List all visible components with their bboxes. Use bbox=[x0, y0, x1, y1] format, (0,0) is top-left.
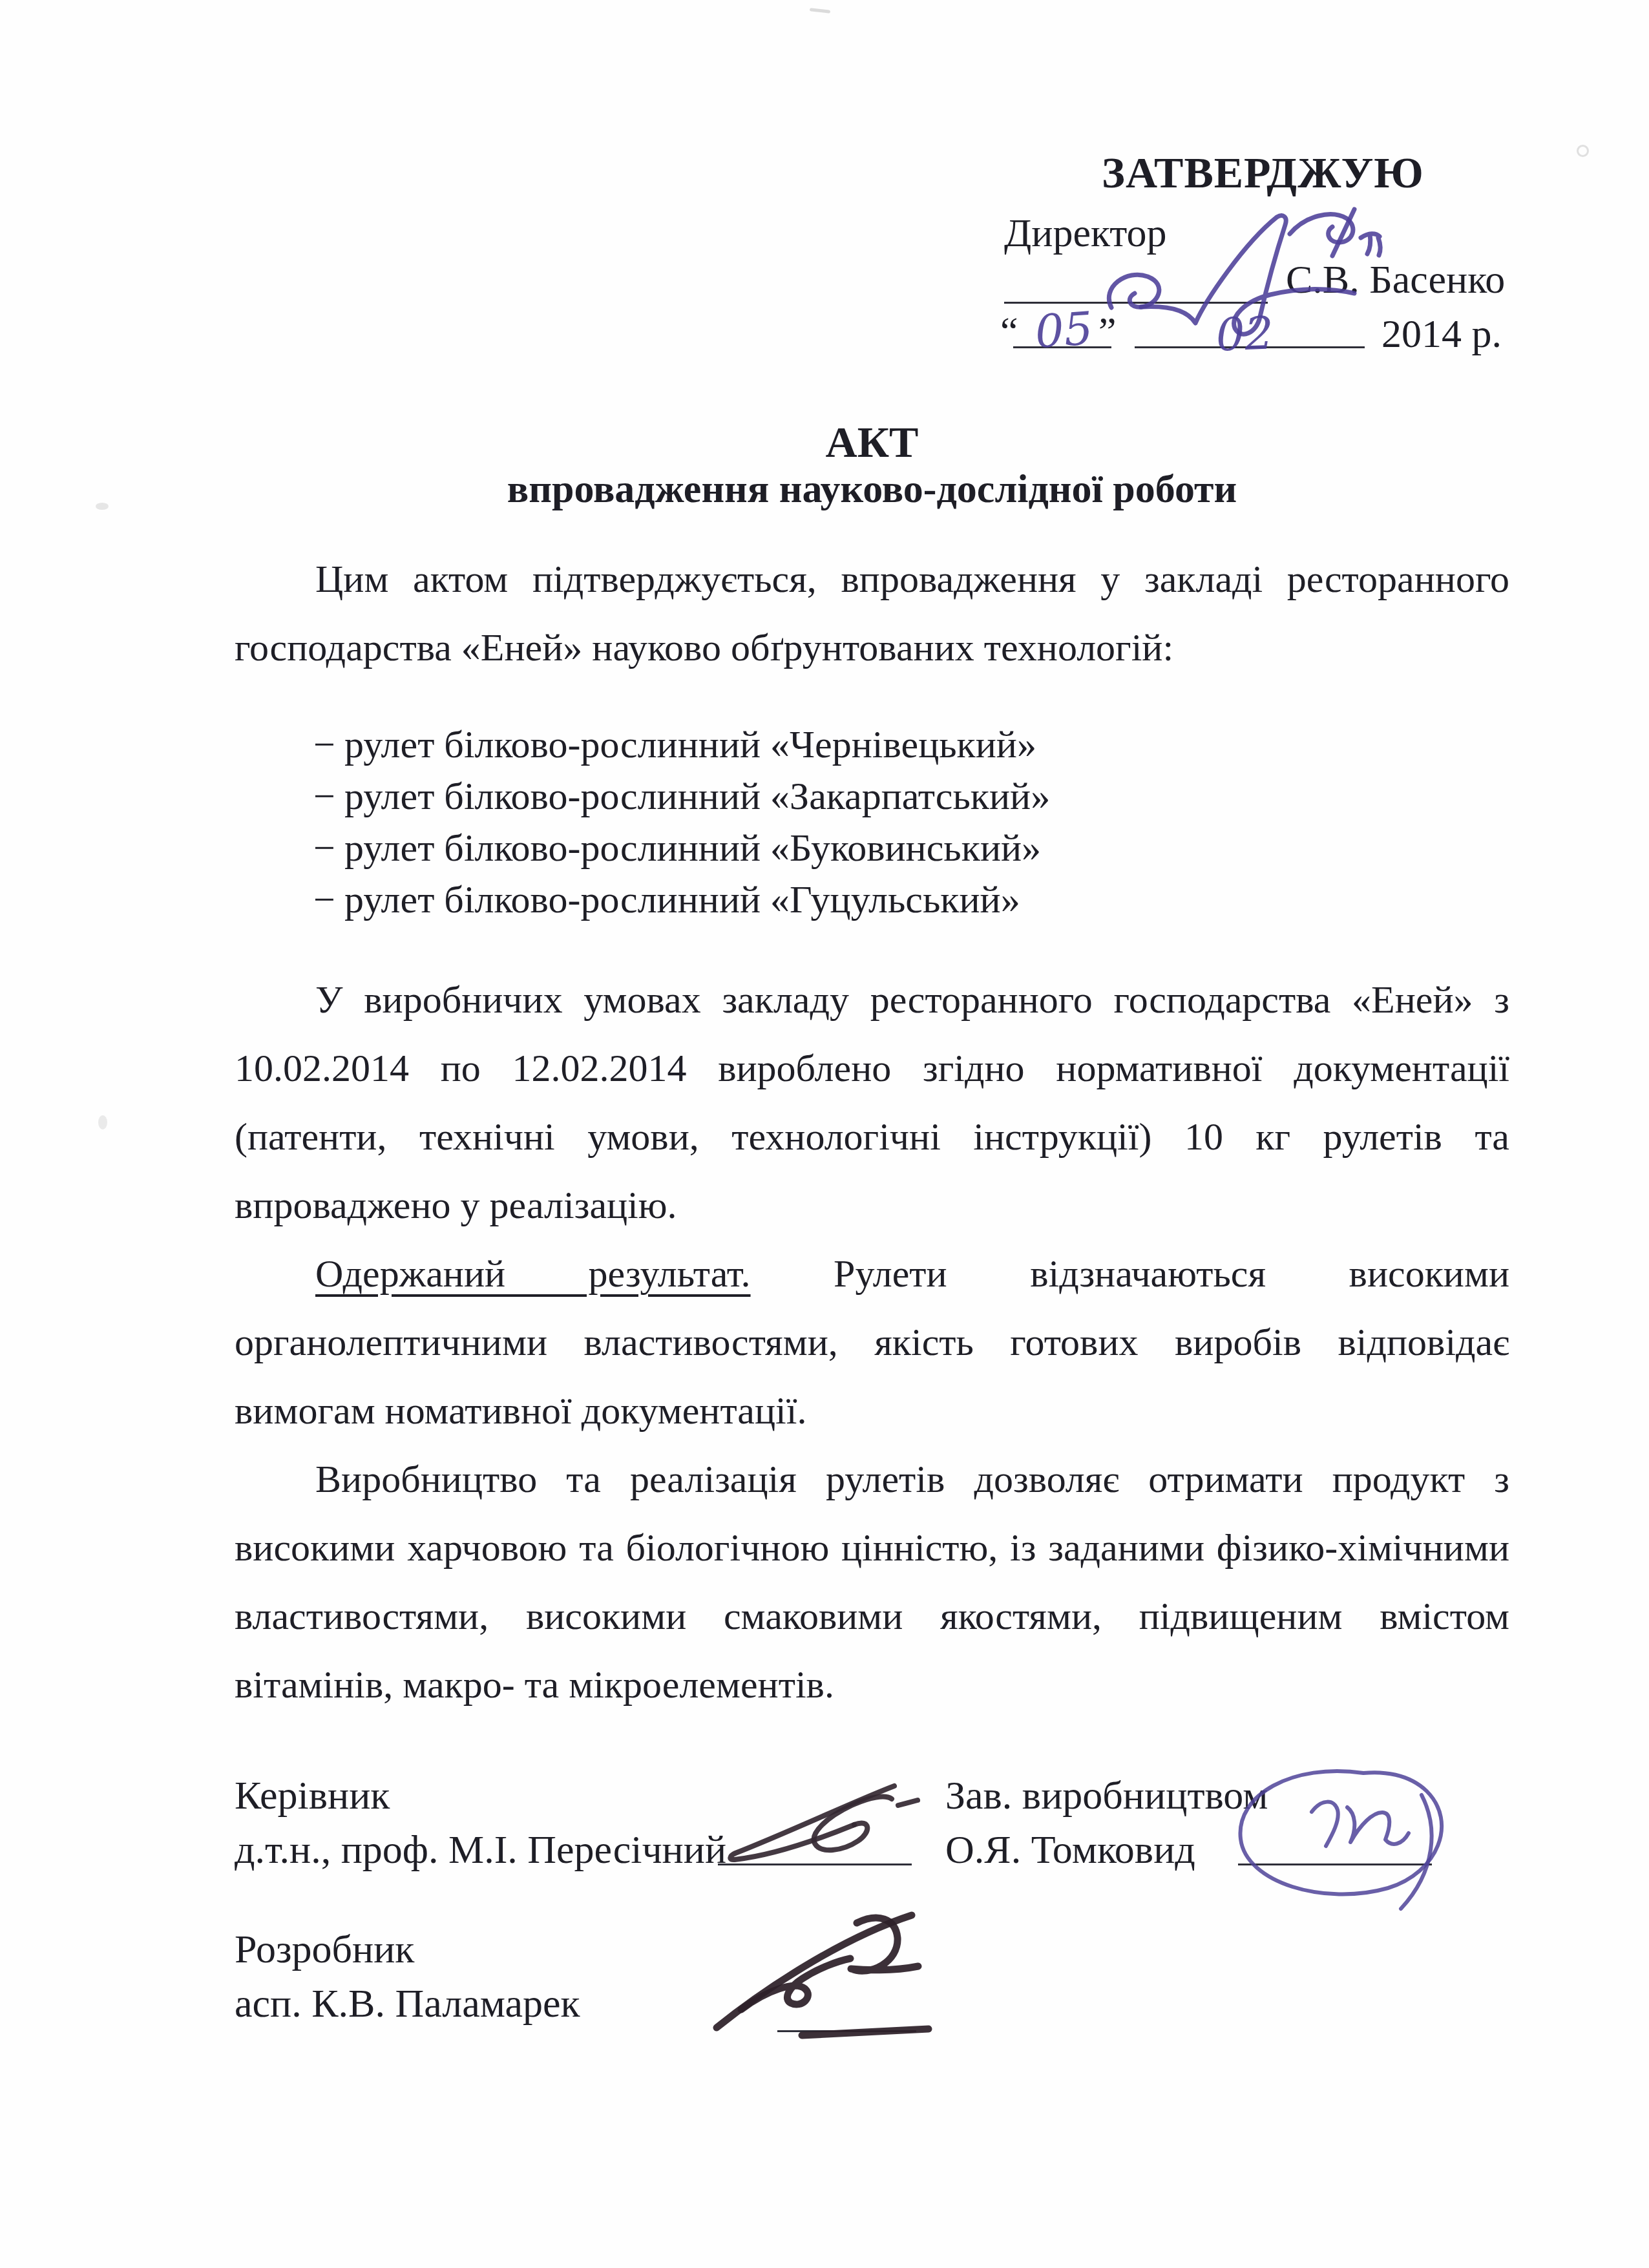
list-item: −рулет білково-рослинний «Закарпатський» bbox=[235, 770, 1509, 822]
leader-name: д.т.н., проф. М.І. Пересічний bbox=[235, 1827, 726, 1873]
list-item: −рулет білково-рослинний «Гуцульський» bbox=[235, 874, 1509, 925]
dash-marker: − bbox=[313, 770, 344, 822]
scanned-act-document: ЗАТВЕРДЖУЮ Директор С.В. Басенко “ 05 ” … bbox=[0, 0, 1649, 2268]
production-paragraph: У виробничих умовах закладу ресторанного… bbox=[235, 965, 1509, 1239]
developer-name: асп. К.В. Паламарек bbox=[235, 1981, 580, 2027]
dash-marker: − bbox=[313, 874, 344, 925]
production-name: О.Я. Томковид bbox=[945, 1827, 1195, 1873]
scan-artifact-smudge bbox=[98, 1115, 107, 1129]
leader-signature-ink bbox=[699, 1772, 919, 1880]
production-signature-ink bbox=[1216, 1752, 1494, 1911]
result-paragraph: Одержаний результат. Рулети відзначаютьс… bbox=[235, 1239, 1509, 1445]
list-item-text: рулет білково-рослинний «Чернівецький» bbox=[344, 723, 1036, 766]
approval-heading: ЗАТВЕРДЖУЮ bbox=[1102, 147, 1424, 198]
intro-paragraph: Цим актом підтверджується, впровадження … bbox=[235, 545, 1509, 682]
list-item: −рулет білково-рослинний «Буковинський» bbox=[235, 822, 1509, 874]
scan-artifact-dash bbox=[810, 8, 830, 13]
list-item-text: рулет білково-рослинний «Буковинський» bbox=[344, 826, 1041, 869]
leader-role: Керівник bbox=[235, 1773, 390, 1819]
developer-signature-ink bbox=[706, 1907, 939, 2046]
list-item: −рулет білково-рослинний «Чернівецький» bbox=[235, 719, 1509, 770]
scan-artifact-ring bbox=[1577, 145, 1589, 157]
list-item-text: рулет білково-рослинний «Гуцульський» bbox=[344, 878, 1020, 921]
product-list: −рулет білково-рослинний «Чернівецький» … bbox=[235, 719, 1509, 925]
conclusion-paragraph: Виробництво та реалізація рулетів дозвол… bbox=[235, 1445, 1509, 1719]
director-signature-ink bbox=[1078, 205, 1388, 344]
list-item-text: рулет білково-рослинний «Закарпатський» bbox=[344, 775, 1050, 817]
date-year: 2014 р. bbox=[1381, 311, 1502, 357]
scan-artifact-smudge bbox=[96, 503, 109, 510]
dash-marker: − bbox=[313, 822, 344, 874]
dash-marker: − bbox=[313, 719, 344, 770]
developer-role: Розробник bbox=[235, 1927, 414, 1973]
date-open-quote: “ bbox=[1000, 309, 1018, 355]
document-subtitle: впровадження науково-дослідної роботи bbox=[235, 467, 1509, 512]
main-text: У виробничих умовах закладу ресторанного… bbox=[235, 965, 1509, 1719]
document-title: АКТ bbox=[235, 417, 1509, 468]
result-lead: Одержаний результат. bbox=[315, 1252, 751, 1295]
